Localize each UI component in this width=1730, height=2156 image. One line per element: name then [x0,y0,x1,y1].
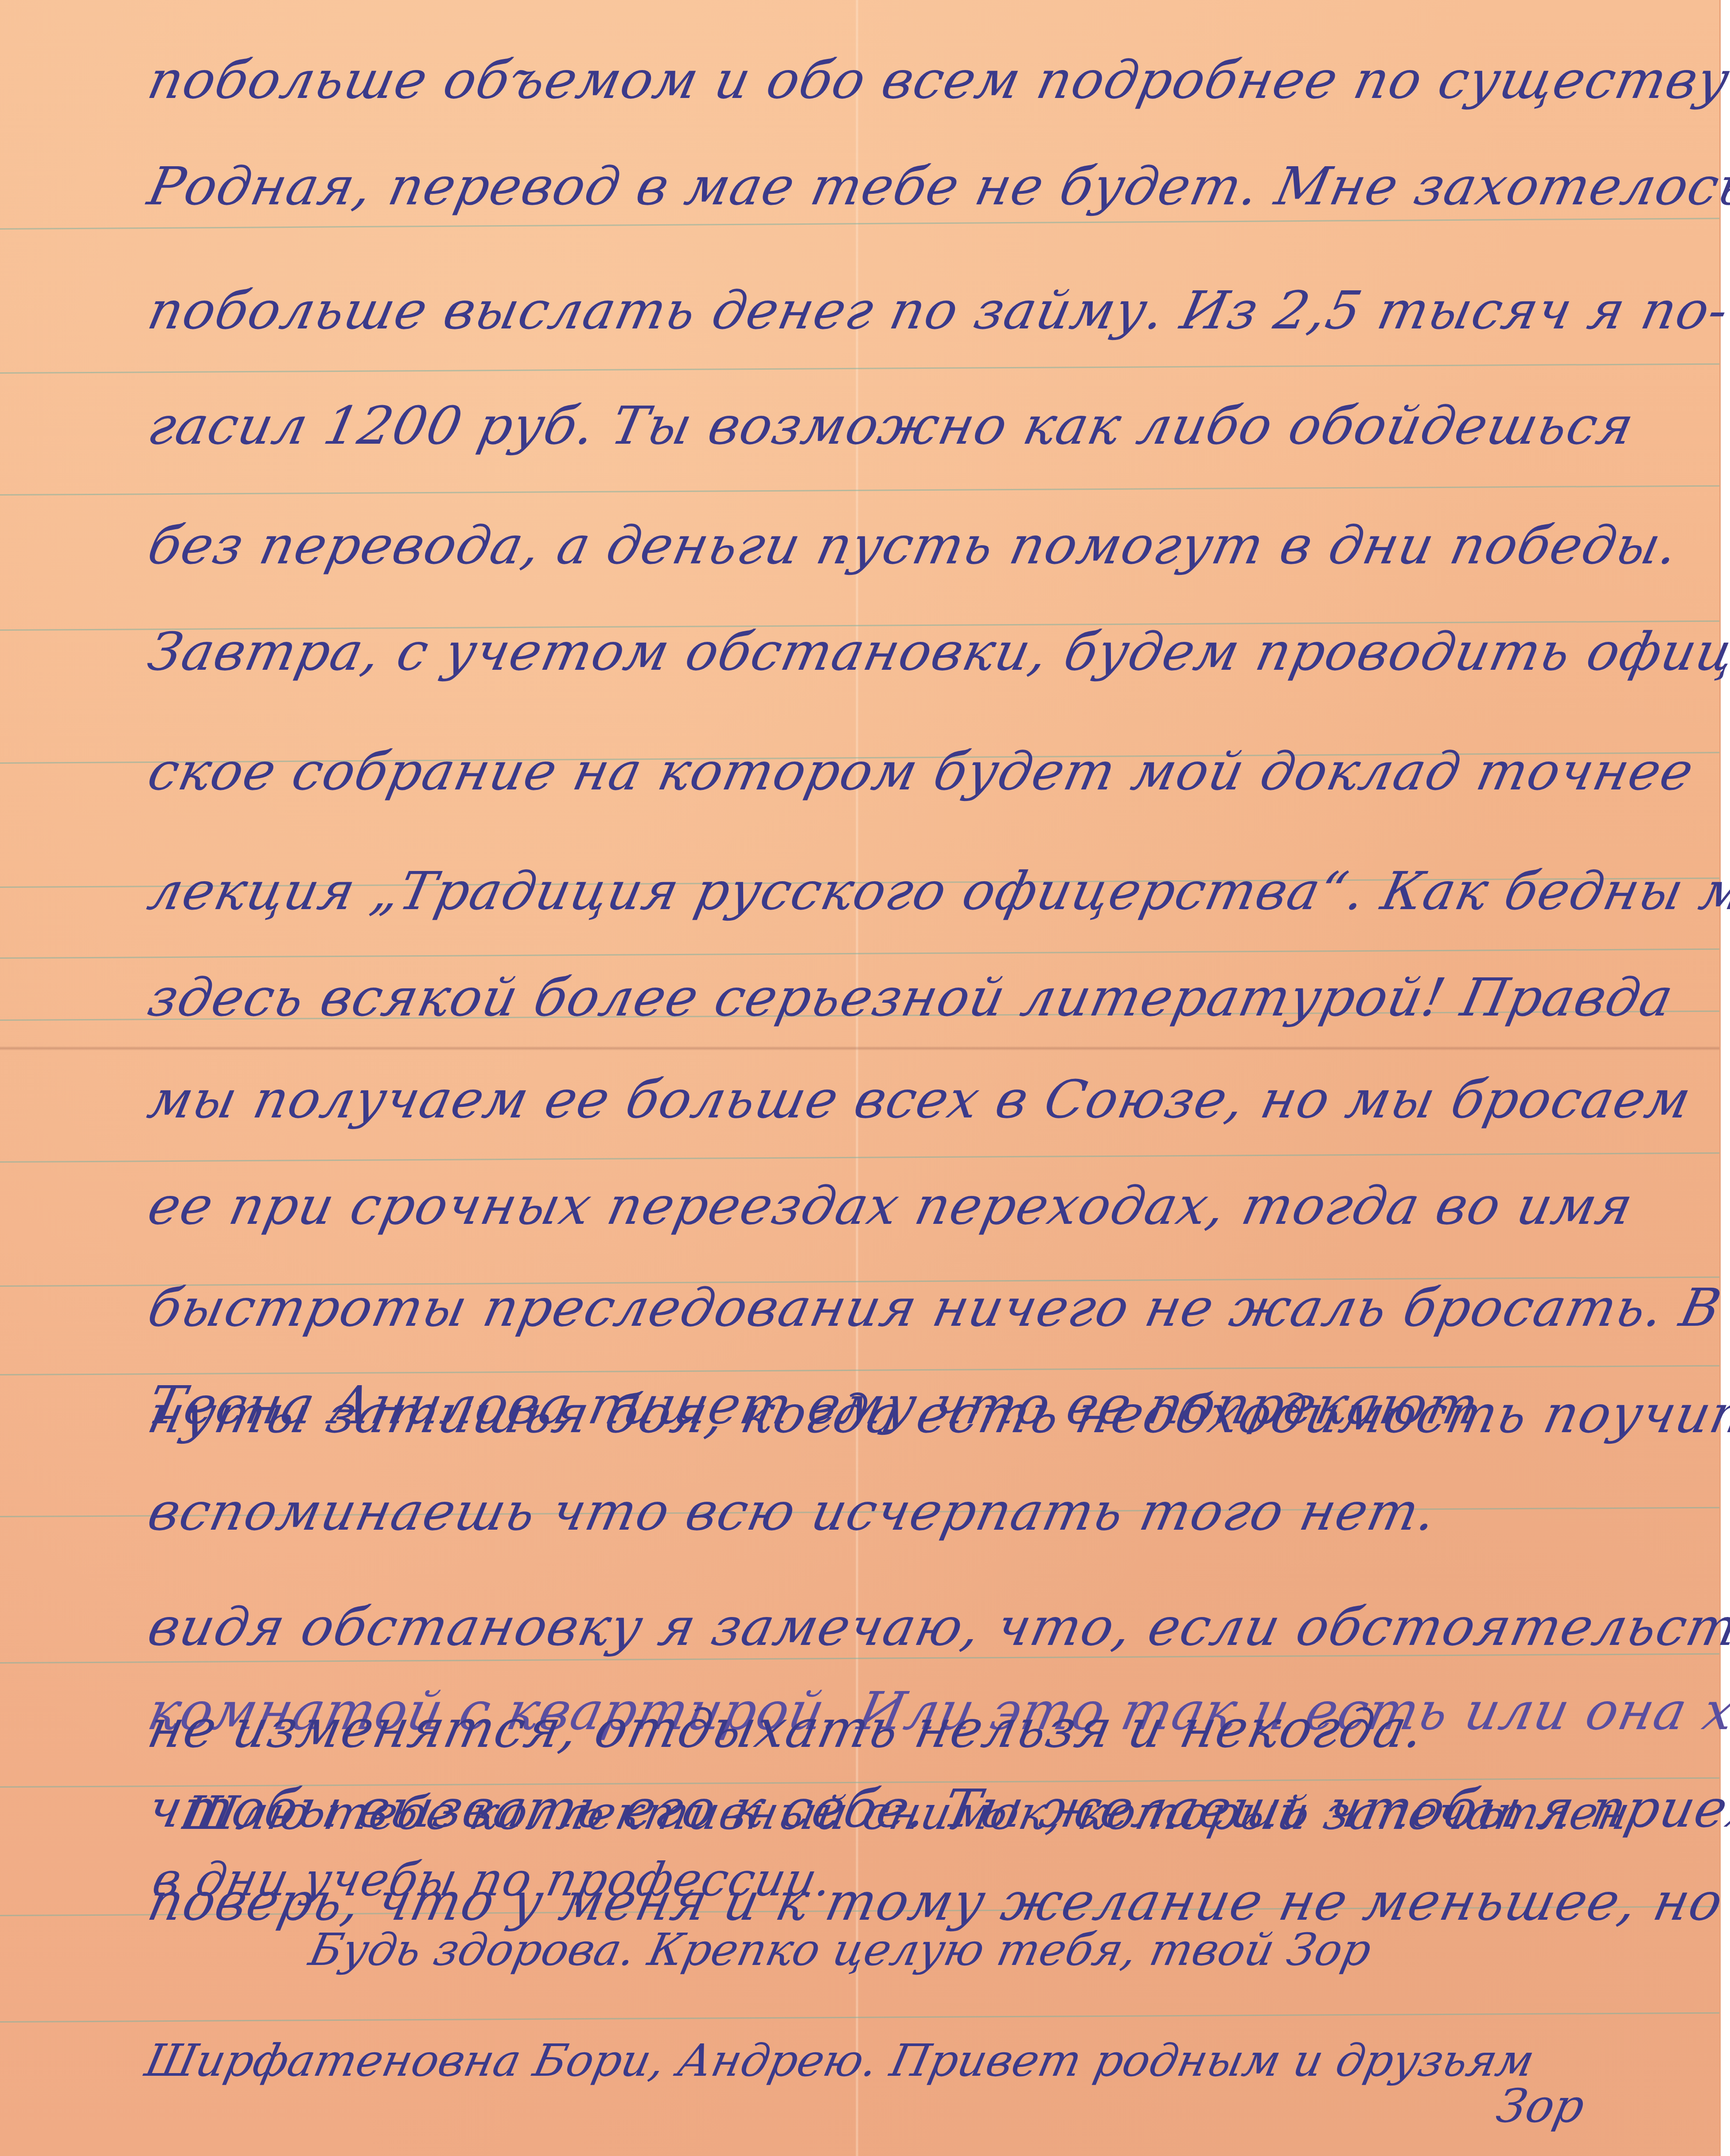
letter-line: видя обстановку я замечаю, что, если обс… [142,1591,1664,1662]
letter-body-lower: видя обстановку я замечаю, что, если обс… [0,0,1719,2156]
closing-greetings: Ширфатеновна Бори, Андрею. Привет родным… [141,2035,1539,2086]
closing-farewell: Будь здорова. Крепко целую тебя, твой Зо… [305,1924,1376,1976]
letter-line: не изменятся, отдыхать нельзя и некогда. [142,1693,1664,1764]
letter-line: в дни учебы по профессии. [146,1844,1668,1915]
letter-line: Шлю тебе коллективный снимок, который за… [177,1777,1699,1848]
signature: Зор [1492,2079,1590,2133]
